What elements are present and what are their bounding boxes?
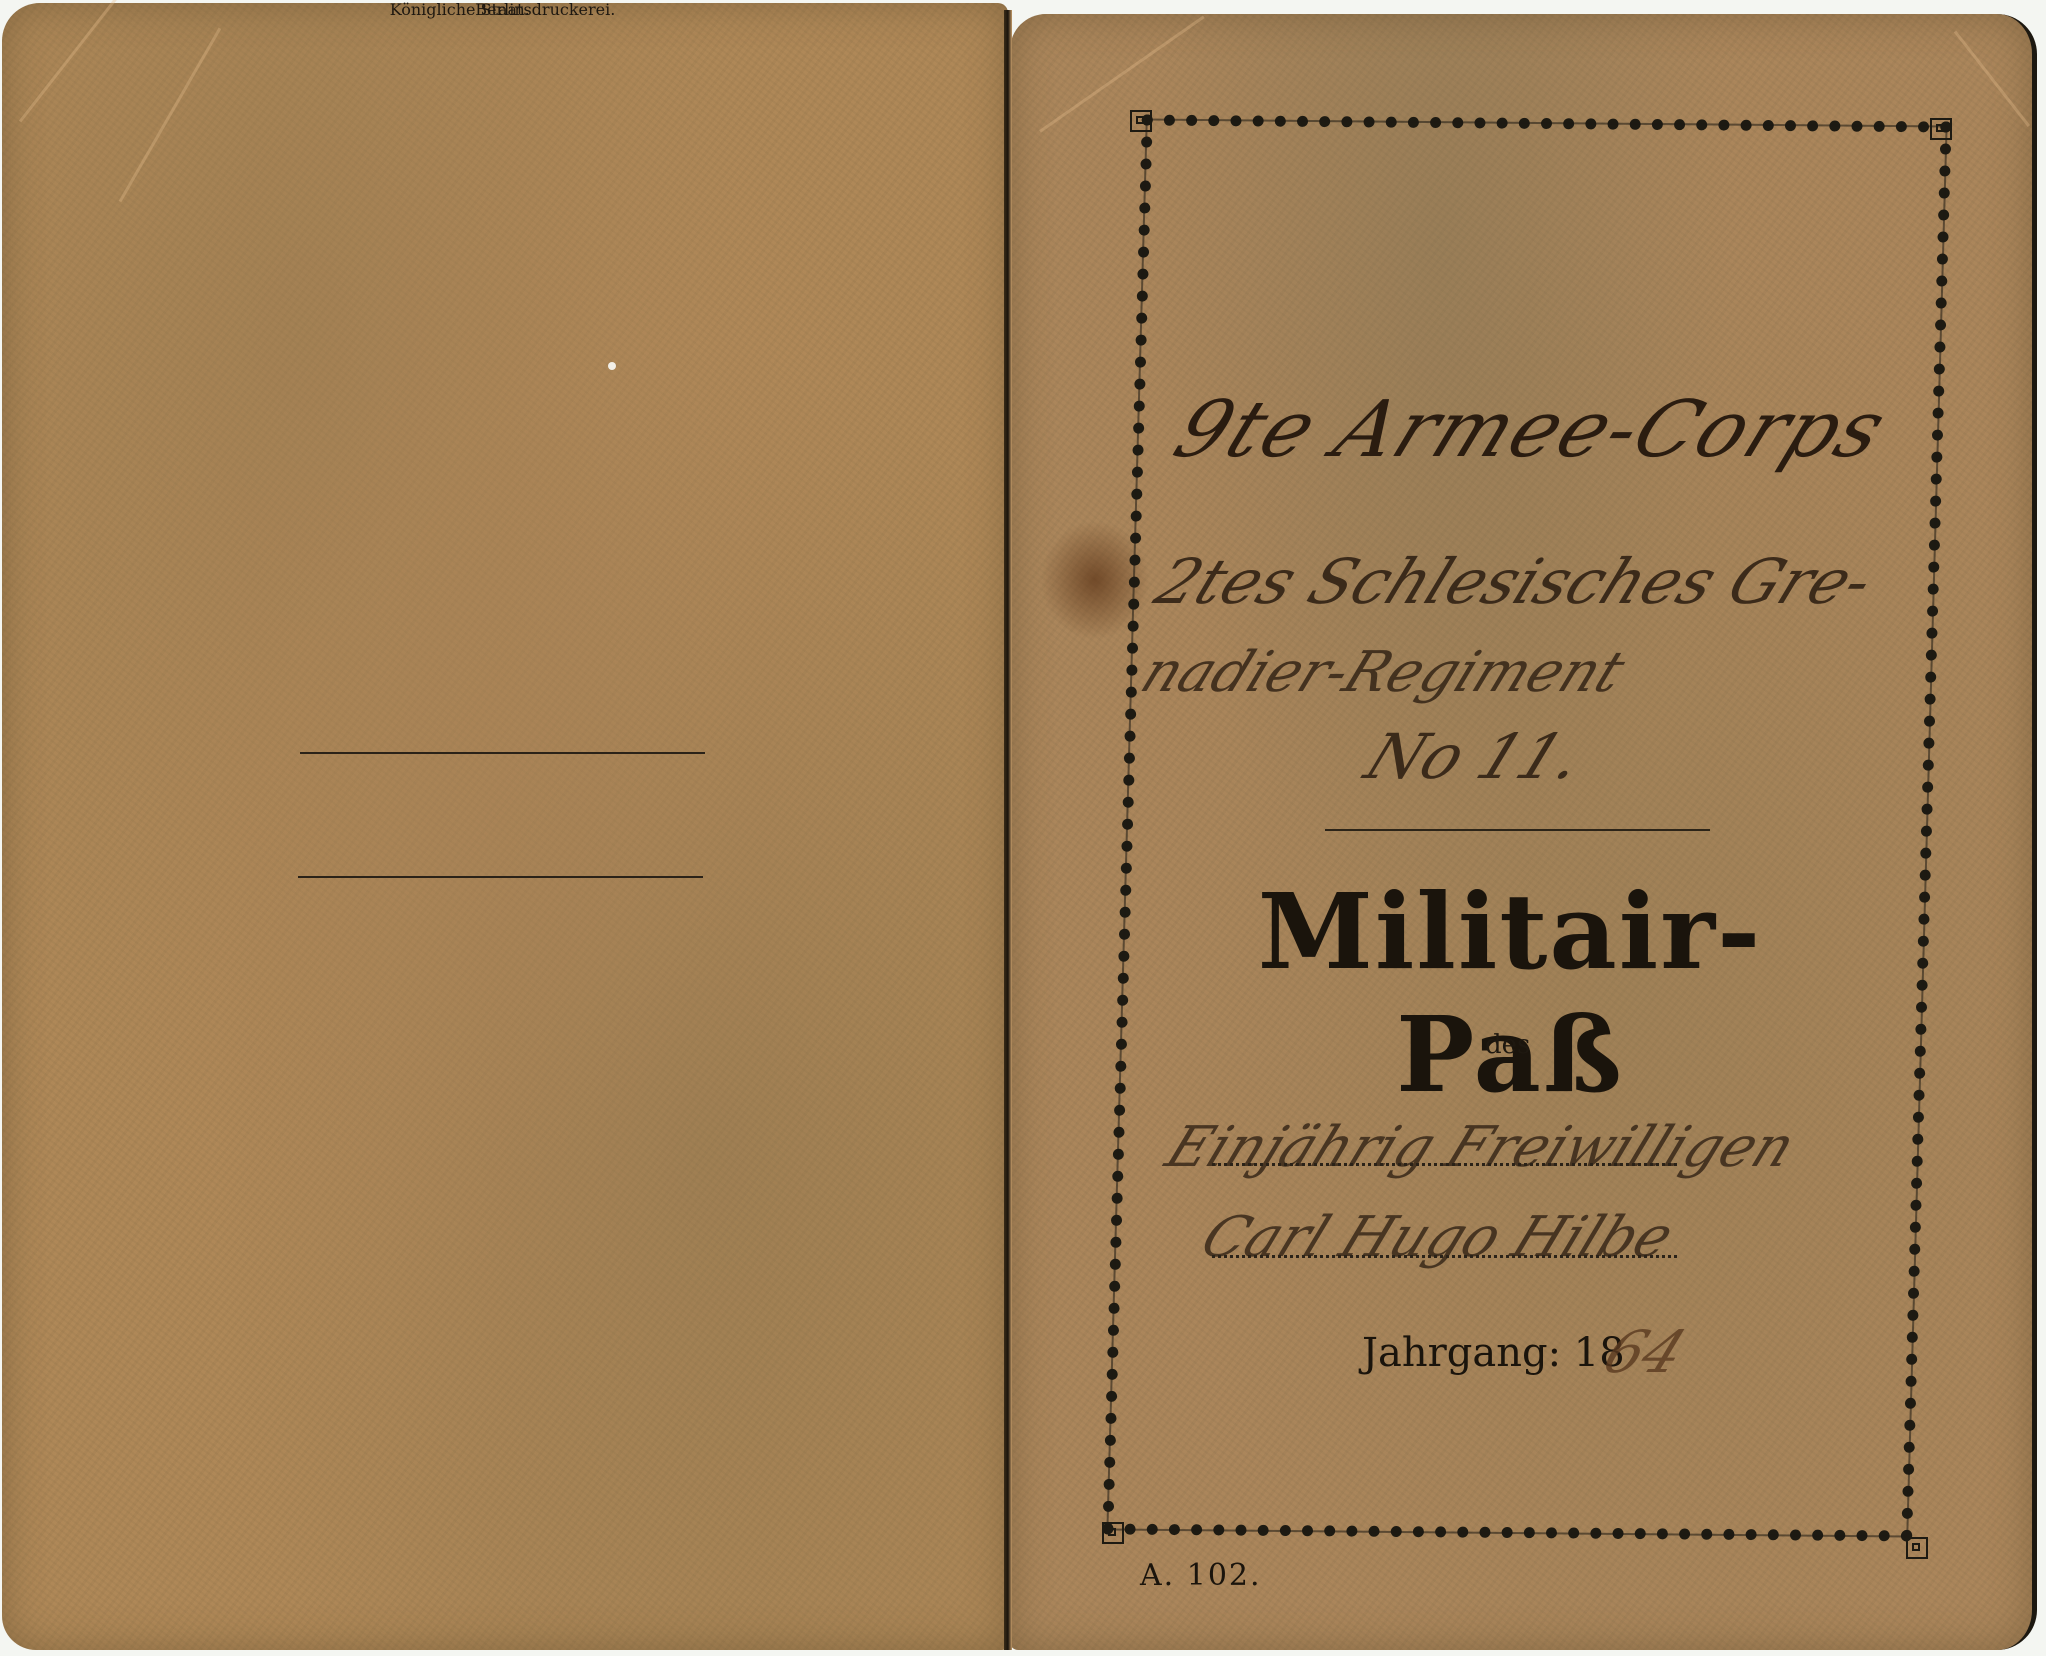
fill-in-line bbox=[1212, 1255, 1677, 1258]
border-corner-ornament bbox=[1906, 1537, 1928, 1559]
border-corner-ornament bbox=[1130, 110, 1152, 132]
handwritten-regiment-line2: nadier-Regiment bbox=[1132, 640, 1634, 705]
paper-hole bbox=[608, 362, 616, 370]
handwritten-regiment-number: No 11. bbox=[1355, 720, 1594, 793]
handwritten-regiment-line1: 2tes Schlesisches Gre- bbox=[1145, 545, 1884, 618]
ornamental-border bbox=[1102, 114, 1951, 1541]
border-corner-ornament bbox=[1102, 1522, 1124, 1544]
form-number: A. 102. bbox=[1140, 1558, 1262, 1593]
imprint-top-rule bbox=[300, 752, 705, 754]
preposition-des: des bbox=[1485, 1030, 1530, 1060]
document-title: Militair-Paß bbox=[1205, 870, 1815, 1116]
fill-in-line bbox=[1212, 1163, 1677, 1166]
handwritten-rank: Einjährig Freiwilligen bbox=[1157, 1115, 1805, 1180]
handwritten-name: Carl Hugo Hilbe bbox=[1192, 1205, 1683, 1270]
title-divider bbox=[1325, 829, 1710, 831]
handwritten-corps: 9te Armee-Corps bbox=[1162, 385, 1900, 475]
back-cover-page bbox=[2, 3, 1008, 1650]
year-label: Jahrgang: 18 bbox=[1362, 1330, 1625, 1376]
imprint-printer: Königliche Staatsdruckerei. bbox=[300, 0, 705, 19]
border-corner-ornament bbox=[1930, 118, 1952, 140]
book-spine-gutter bbox=[1004, 10, 1012, 1650]
imprint-bottom-rule bbox=[298, 876, 703, 878]
